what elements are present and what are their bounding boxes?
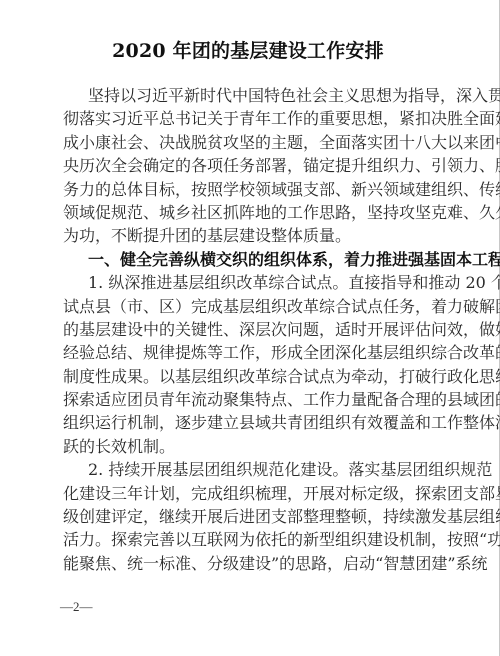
item-2-line-5: 能聚焦、统一标准、分级建设”的思路，启动“智慧团建”系统 bbox=[63, 552, 435, 575]
item-1-line-5: 制度性成果。以基层组织改革综合试点为牵动，打破行政化思维， bbox=[63, 365, 435, 388]
paragraph-intro-line-3: 成小康社会、决战脱贫攻坚的主题，全面落实团十八大以来团中 bbox=[63, 131, 435, 154]
item-2-line-3: 级创建评定，继续开展后进团支部整理整顿，持续激发基层组织 bbox=[63, 505, 435, 528]
section-heading-1: 一、健全完善纵横交织的组织体系，着力推进强基固本工程 bbox=[63, 248, 435, 271]
page-number: —2— bbox=[60, 599, 93, 615]
paragraph-intro-line-4: 央历次全会确定的各项任务部署，锚定提升组织力、引领力、服 bbox=[63, 154, 435, 177]
paragraph-intro-line-6: 领域促规范、城乡社区抓阵地的工作思路，坚持攻坚克难、久久 bbox=[63, 201, 435, 224]
item-2-line-4: 活力。探索完善以互联网为依托的新型组织建设机制，按照“功 bbox=[63, 528, 435, 551]
item-1-line-3: 的基层建设中的关键性、深层次问题，适时开展评估问效，做好 bbox=[63, 318, 435, 341]
item-2-line-2: 化建设三年计划，完成组织梳理，开展对标定级，探索团支部星 bbox=[63, 482, 435, 505]
item-2-line-1: 2. 持续开展基层团组织规范化建设。落实基层团组织规范 bbox=[63, 458, 435, 481]
paragraph-intro-line-2: 彻落实习近平总书记关于青年工作的重要思想，紧扣决胜全面建 bbox=[63, 107, 435, 130]
paragraph-intro-line-1: 坚持以习近平新时代中国特色社会主义思想为指导，深入贯 bbox=[63, 84, 435, 107]
document-body: 坚持以习近平新时代中国特色社会主义思想为指导，深入贯 彻落实习近平总书记关于青年… bbox=[63, 84, 435, 575]
document-page: 2020 年团的基层建设工作安排 坚持以习近平新时代中国特色社会主义思想为指导，… bbox=[0, 0, 500, 656]
item-1-line-4: 经验总结、规律提炼等工作，形成全团深化基层组织综合改革的 bbox=[63, 341, 435, 364]
item-1-line-8: 跃的长效机制。 bbox=[63, 435, 435, 458]
item-1-line-6: 探索适应团员青年流动聚集特点、工作力量配备合理的县域团的 bbox=[63, 388, 435, 411]
paragraph-intro-line-5: 务力的总体目标，按照学校领域强支部、新兴领域建组织、传统 bbox=[63, 178, 435, 201]
item-1-line-2: 试点县（市、区）完成基层组织改革综合试点任务，着力破解团 bbox=[63, 295, 435, 318]
document-title: 2020 年团的基层建设工作安排 bbox=[0, 36, 496, 63]
paragraph-intro-line-7: 为功，不断提升团的基层建设整体质量。 bbox=[63, 224, 435, 247]
item-1-line-7: 组织运行机制，逐步建立县域共青团组织有效覆盖和工作整体活 bbox=[63, 411, 435, 434]
item-1-line-1: 1. 纵深推进基层组织改革综合试点。直接指导和推动 20 个 bbox=[63, 271, 435, 294]
